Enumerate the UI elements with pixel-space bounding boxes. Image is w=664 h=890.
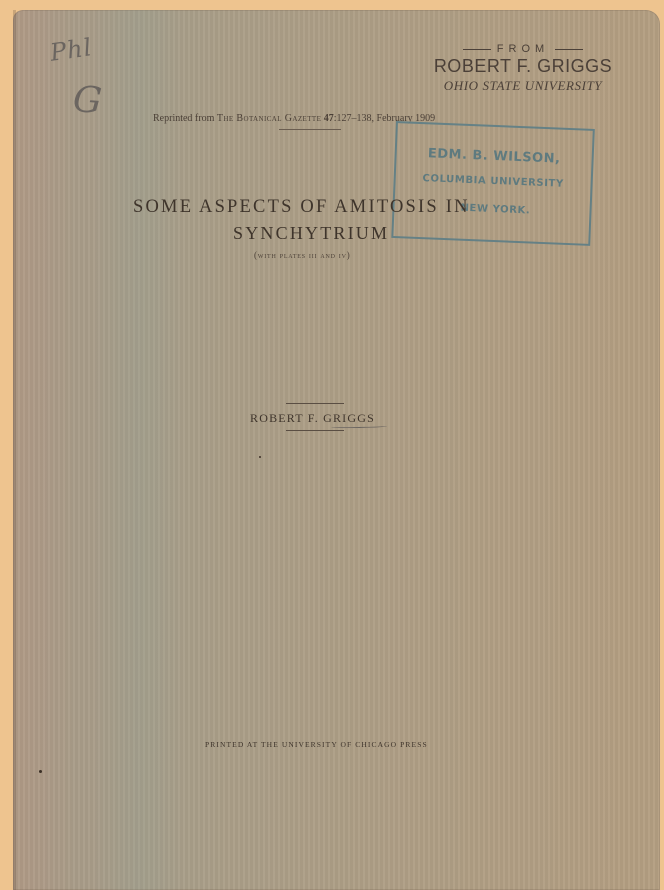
- stamp-institution: COLUMBIA UNIVERSITY: [396, 172, 591, 191]
- subtitle: (with plates iii and iv): [254, 250, 351, 260]
- handwritten-note-2: G: [72, 79, 104, 122]
- from-label: FROM ROBERT F. GRIGGS OHIO STATE UNIVERS…: [418, 43, 628, 94]
- from-heading: FROM: [497, 43, 549, 55]
- library-stamp: EDM. B. WILSON, COLUMBIA UNIVERSITY NEW …: [391, 121, 595, 246]
- journal-name: The Botanical Gazette: [217, 113, 321, 124]
- reprint-prefix: Reprinted from: [153, 113, 214, 124]
- divider: [555, 49, 583, 50]
- reprint-line: Reprinted from The Botanical Gazette 47:…: [153, 113, 435, 124]
- title-line-1: SOME ASPECTS OF AMITOSIS IN: [133, 197, 470, 218]
- from-institution: OHIO STATE UNIVERSITY: [418, 78, 628, 94]
- from-heading-row: FROM: [418, 43, 628, 55]
- journal-pages: :127–138,: [334, 113, 374, 124]
- paper-speck: [39, 770, 42, 773]
- pencil-underline: [331, 424, 387, 429]
- author-rule-bottom: [286, 430, 344, 431]
- paper-speck: [259, 456, 261, 458]
- handwritten-note-1: Phl: [48, 33, 94, 67]
- divider: [463, 49, 491, 50]
- printer-line: PRINTED AT THE UNIVERSITY OF CHICAGO PRE…: [205, 740, 428, 749]
- author-rule-top: [286, 403, 344, 404]
- stamp-city: NEW YORK.: [460, 203, 530, 217]
- stamp-name: EDM. B. WILSON,: [396, 145, 591, 168]
- title-line-2: SYNCHYTRIUM: [233, 223, 389, 244]
- from-name: ROBERT F. GRIGGS: [418, 56, 628, 76]
- offprint-cover: Phl G FROM ROBERT F. GRIGGS OHIO STATE U…: [13, 10, 660, 890]
- journal-volume: 47: [324, 113, 334, 124]
- journal-underline: [279, 129, 341, 130]
